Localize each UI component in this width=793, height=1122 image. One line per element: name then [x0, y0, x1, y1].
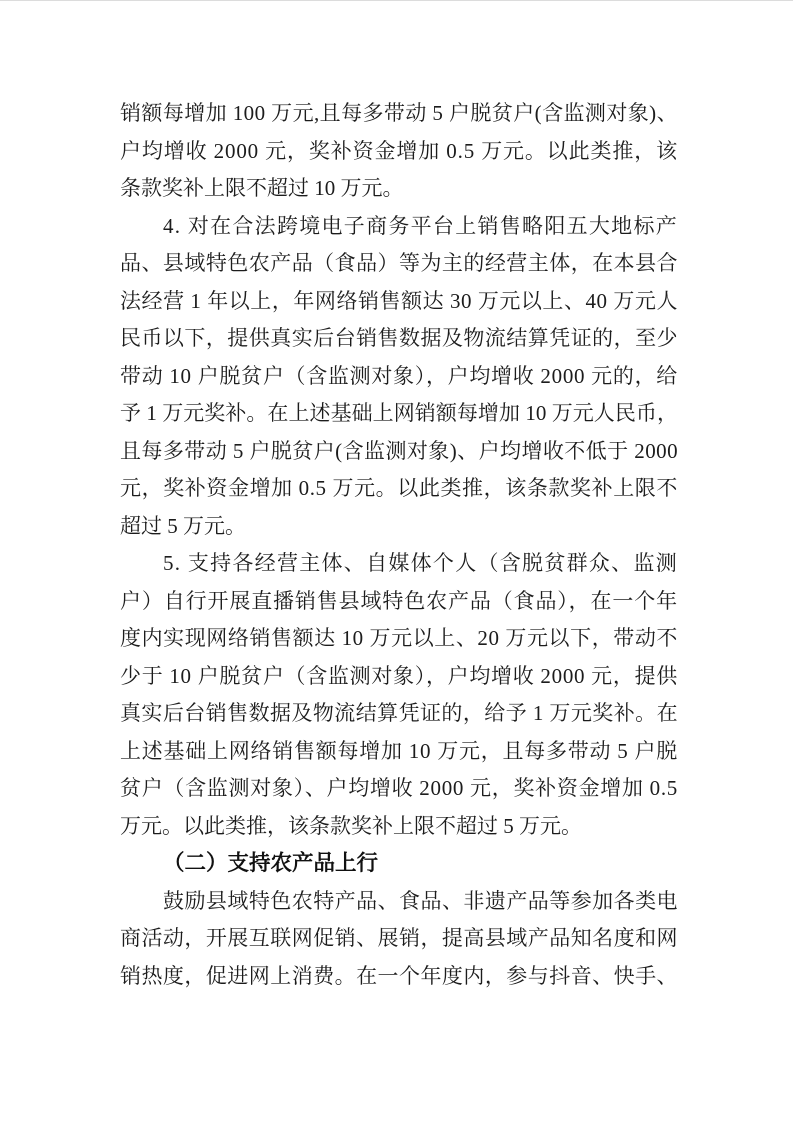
text-line: 品、县域特色农产品（食品）等为主的经营主体，在本县合 [120, 245, 678, 283]
text-line: 万元。以此类推，该条款奖补上限不超过 5 万元。 [120, 808, 678, 846]
heading-section-2: （二）支持农产品上行 [120, 845, 678, 883]
text-line: 超过 5 万元。 [120, 508, 678, 546]
line-text: 予 1 万元奖补。在上述基础上网销额每增加 10 万元人民币， [120, 401, 678, 425]
line-text: 户均增收 2000 元，奖补资金增加 0.5 万元。以此类推，该 [120, 139, 678, 163]
paragraph-continuation: 销额每增加 100 万元,且每多带动 5 户脱贫户(含监测对象)、户均增收 20… [120, 95, 678, 208]
line-text: 商活动，开展互联网促销、展销，提高县域产品知名度和网 [120, 926, 678, 950]
page-top-edge-line [0, 0, 793, 1]
text-line: 销热度，促进网上消费。在一个年度内，参与抖音、快手、 [120, 958, 678, 996]
text-line: 元，奖补资金增加 0.5 万元。以此类推，该条款奖补上限不 [120, 470, 678, 508]
text-line: 商活动，开展互联网促销、展销，提高县域产品知名度和网 [120, 920, 678, 958]
line-text: 少于 10 户脱贫户（含监测对象），户均增收 2000 元，提供 [120, 664, 678, 688]
line-text: 销额每增加 100 万元,且每多带动 5 户脱贫户(含监测对象)、 [120, 101, 678, 125]
line-text: 4. 对在合法跨境电子商务平台上销售略阳五大地标产 [163, 214, 678, 238]
line-text: （二）支持农产品上行 [163, 851, 378, 875]
line-text: 品、县域特色农产品（食品）等为主的经营主体，在本县合 [120, 251, 678, 275]
line-text: 带动 10 户脱贫户（含监测对象），户均增收 2000 元的，给 [120, 364, 678, 388]
heading-line: （二）支持农产品上行 [120, 845, 678, 883]
text-line: 上述基础上网络销售额每增加 10 万元，且每多带动 5 户脱 [120, 733, 678, 771]
text-line: 少于 10 户脱贫户（含监测对象），户均增收 2000 元，提供 [120, 658, 678, 696]
line-text: 户）自行开展直播销售县域特色农产品（食品），在一个年 [120, 589, 678, 613]
paragraph-item-5: 5. 支持各经营主体、自媒体个人（含脱贫群众、监测户）自行开展直播销售县域特色农… [120, 545, 678, 845]
text-line: 销额每增加 100 万元,且每多带动 5 户脱贫户(含监测对象)、 [120, 95, 678, 133]
line-text: 且每多带动 5 户脱贫户(含监测对象)、户均增收不低于 2000 [120, 439, 678, 463]
line-text: 鼓励县域特色农特产品、食品、非遗产品等参加各类电 [163, 889, 678, 913]
line-text: 真实后台销售数据及物流结算凭证的，给予 1 万元奖补。在 [120, 701, 678, 725]
document-text-block: 销额每增加 100 万元,且每多带动 5 户脱贫户(含监测对象)、户均增收 20… [120, 95, 678, 995]
text-line: 予 1 万元奖补。在上述基础上网销额每增加 10 万元人民币， [120, 395, 678, 433]
line-text: 超过 5 万元。 [120, 514, 246, 538]
line-text: 上述基础上网络销售额每增加 10 万元，且每多带动 5 户脱 [120, 739, 678, 763]
line-text: 贫户（含监测对象）、户均增收 2000 元，奖补资金增加 0.5 [120, 776, 678, 800]
text-line: 法经营 1 年以上，年网络销售额达 30 万元以上、40 万元人 [120, 283, 678, 321]
text-line: 户均增收 2000 元，奖补资金增加 0.5 万元。以此类推，该 [120, 133, 678, 171]
text-line: 4. 对在合法跨境电子商务平台上销售略阳五大地标产 [120, 208, 678, 246]
line-text: 民币以下，提供真实后台销售数据及物流结算凭证的，至少 [120, 326, 678, 350]
text-line: 户）自行开展直播销售县域特色农产品（食品），在一个年 [120, 583, 678, 621]
text-line: 带动 10 户脱贫户（含监测对象），户均增收 2000 元的，给 [120, 358, 678, 396]
paragraph-item-4: 4. 对在合法跨境电子商务平台上销售略阳五大地标产品、县域特色农产品（食品）等为… [120, 208, 678, 546]
line-text: 条款奖补上限不超过 10 万元。 [120, 176, 404, 200]
text-line: 贫户（含监测对象）、户均增收 2000 元，奖补资金增加 0.5 [120, 770, 678, 808]
line-text: 销热度，促进网上消费。在一个年度内，参与抖音、快手、 [120, 964, 678, 988]
text-line: 条款奖补上限不超过 10 万元。 [120, 170, 678, 208]
line-text: 万元。以此类推，该条款奖补上限不超过 5 万元。 [120, 814, 582, 838]
text-line: 鼓励县域特色农特产品、食品、非遗产品等参加各类电 [120, 883, 678, 921]
paragraph-support-upstream: 鼓励县域特色农特产品、食品、非遗产品等参加各类电商活动，开展互联网促销、展销，提… [120, 883, 678, 996]
text-line: 5. 支持各经营主体、自媒体个人（含脱贫群众、监测 [120, 545, 678, 583]
line-text: 度内实现网络销售额达 10 万元以上、20 万元以下，带动不 [120, 626, 678, 650]
text-line: 民币以下，提供真实后台销售数据及物流结算凭证的，至少 [120, 320, 678, 358]
line-text: 元，奖补资金增加 0.5 万元。以此类推，该条款奖补上限不 [120, 476, 678, 500]
text-line: 真实后台销售数据及物流结算凭证的，给予 1 万元奖补。在 [120, 695, 678, 733]
line-text: 5. 支持各经营主体、自媒体个人（含脱贫群众、监测 [163, 551, 678, 575]
text-line: 且每多带动 5 户脱贫户(含监测对象)、户均增收不低于 2000 [120, 433, 678, 471]
line-text: 法经营 1 年以上，年网络销售额达 30 万元以上、40 万元人 [120, 289, 678, 313]
text-line: 度内实现网络销售额达 10 万元以上、20 万元以下，带动不 [120, 620, 678, 658]
document-page: 销额每增加 100 万元,且每多带动 5 户脱贫户(含监测对象)、户均增收 20… [0, 0, 793, 1122]
